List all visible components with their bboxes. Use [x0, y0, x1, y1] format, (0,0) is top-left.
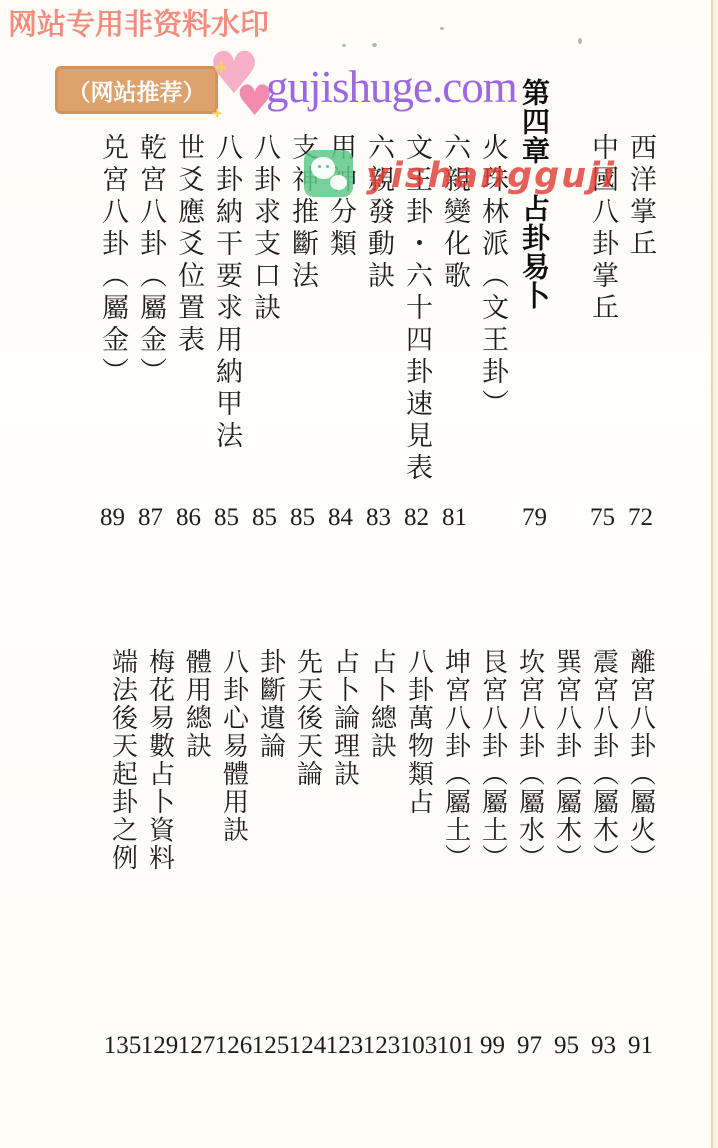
- toc-entry-column: 兑宮八卦（屬金）89: [99, 76, 126, 530]
- toc-entry-column: 巽宮八卦（屬木）95: [553, 648, 580, 1058]
- page-edge-line: [711, 0, 713, 1148]
- corner-watermark-text: 网站专用非资料水印: [8, 2, 269, 43]
- toc-entry-page-number: 85: [252, 505, 277, 530]
- toc-entry-page-number: 127: [178, 1033, 216, 1058]
- toc-entry-page-number: 81: [442, 505, 467, 530]
- toc-entry-page-number: 75: [590, 505, 615, 530]
- toc-entry-page-number: 85: [290, 505, 315, 530]
- toc-entry-title: 梅花易數占卜資料: [147, 648, 173, 872]
- scan-speck: [440, 27, 444, 30]
- toc-entry-title: 坤宮八卦（屬土）: [443, 648, 469, 872]
- toc-entry-column: 八卦求支口訣85: [251, 76, 278, 530]
- toc-entry-page-number: 87: [138, 505, 163, 530]
- toc-entry-page-number: 123: [326, 1033, 364, 1058]
- toc-entry-column: 八卦萬物類占103: [405, 648, 432, 1058]
- toc-entry-column: 八卦心易體用訣126: [220, 648, 247, 1058]
- toc-entry-title: 八卦納干要求用納甲法: [213, 133, 240, 453]
- toc-entry-column: 占卜總訣123: [368, 648, 395, 1058]
- toc-entry-column: 八卦納干要求用納甲法85: [213, 76, 240, 530]
- toc-entry-page-number: 91: [628, 1033, 653, 1058]
- toc-entry-column: 世爻應爻位置表86: [175, 76, 202, 530]
- toc-entry-title: 八卦心易體用訣: [221, 648, 247, 844]
- chat-bubble-icon: [311, 157, 335, 179]
- toc-entry-page-number: 126: [215, 1033, 253, 1058]
- toc-entry-page-number: 124: [289, 1033, 327, 1058]
- toc-entry-page-number: 101: [437, 1033, 475, 1058]
- toc-entry-column: 先天後天論124: [294, 648, 321, 1058]
- chat-bubble-eye: [318, 165, 321, 168]
- scan-speck: [372, 43, 377, 47]
- wechat-icon: [304, 150, 353, 197]
- sparkle-icon: [215, 61, 226, 72]
- toc-entry-title: 卦斷遺論: [258, 648, 284, 760]
- toc-entry-title: 艮宮八卦（屬土）: [480, 648, 506, 872]
- toc-entry-title: 體用總訣: [184, 648, 210, 760]
- toc-entry-page-number: 135: [104, 1033, 142, 1058]
- toc-entry-page-number: 89: [100, 505, 125, 530]
- toc-entry-column: 端法後天起卦之例135: [109, 648, 136, 1058]
- toc-entry-column: 六親發動訣83: [365, 76, 392, 530]
- toc-entry-title: 八卦求支口訣: [251, 133, 278, 325]
- toc-entry-title: 坎宮八卦（屬水）: [517, 648, 543, 872]
- toc-entry-page-number: 97: [517, 1033, 542, 1058]
- page-edge-strip: [713, 0, 718, 1148]
- toc-entry-column: 梅花易數占卜資料129: [146, 648, 173, 1058]
- toc-entry-page-number: 93: [591, 1033, 616, 1058]
- toc-entry-page-number: 84: [328, 505, 353, 530]
- toc-bottom-section: 離宮八卦（屬火）91震宮八卦（屬木）93巽宮八卦（屬木）95坎宮八卦（屬水）97…: [109, 648, 654, 1058]
- toc-entry-title: 兑宮八卦（屬金）: [99, 133, 126, 389]
- chapter-heading-column: 第四章 占卦易卜79: [521, 76, 548, 530]
- toc-entry-column: 用神分類84: [327, 76, 354, 530]
- chat-bubble-eye: [326, 165, 329, 168]
- toc-entry-column: 中國八卦掌丘75: [589, 76, 616, 530]
- chat-bubble-icon: [330, 175, 347, 190]
- toc-entry-title: 占卜論理訣: [332, 648, 358, 788]
- toc-entry-column: 艮宮八卦（屬土）99: [479, 648, 506, 1058]
- toc-entry-page-number: 129: [141, 1033, 179, 1058]
- toc-entry-title: 乾宮八卦（屬金）: [137, 133, 164, 389]
- toc-entry-title: 端法後天起卦之例: [110, 648, 136, 872]
- toc-entry-column: 文王卦・六十四卦速見表82: [403, 76, 430, 530]
- toc-entry-page-number: 99: [480, 1033, 505, 1058]
- toc-entry-title: 世爻應爻位置表: [175, 133, 202, 357]
- toc-entry-page-number: 79: [522, 505, 547, 530]
- toc-entry-column: 占卜論理訣123: [331, 648, 358, 1058]
- toc-entry-title: 西洋掌丘: [627, 133, 654, 261]
- toc-entry-page-number: 82: [404, 505, 429, 530]
- toc-entry-title: 離宮八卦（屬火）: [628, 648, 654, 872]
- toc-entry-column: 六親變化歌81: [441, 76, 468, 530]
- toc-entry-column: 體用總訣127: [183, 648, 210, 1058]
- toc-entry-page-number: 123: [363, 1033, 401, 1058]
- toc-entry-page-number: 95: [554, 1033, 579, 1058]
- toc-entry-title: 占卜總訣: [369, 648, 395, 760]
- toc-entry-title: 先天後天論: [295, 648, 321, 788]
- toc-entry-column: 坤宮八卦（屬土）101: [442, 648, 469, 1058]
- toc-entry-page-number: 72: [628, 505, 653, 530]
- toc-entry-column: 卦斷遺論125: [257, 648, 284, 1058]
- toc-entry-page-number: 85: [214, 505, 239, 530]
- toc-entry-page-number: 125: [252, 1033, 290, 1058]
- scanned-book-page: { "page": { "background": "#fdfbf6", "ed…: [0, 0, 718, 1148]
- toc-entry-page-number: 103: [400, 1033, 438, 1058]
- toc-entry-column: 火珠林派（文王卦）: [479, 76, 506, 530]
- toc-entry-column: 西洋掌丘72: [627, 76, 654, 530]
- toc-entry-page-number: 86: [176, 505, 201, 530]
- toc-entry-column: 乾宮八卦（屬金）87: [137, 76, 164, 530]
- toc-entry-page-number: 83: [366, 505, 391, 530]
- toc-top-section: 西洋掌丘72中國八卦掌丘75第四章 占卦易卜79火珠林派（文王卦）六親變化歌81…: [99, 76, 654, 530]
- toc-entry-title: 震宮八卦（屬木）: [591, 648, 617, 872]
- toc-entry-title: 巽宮八卦（屬木）: [554, 648, 580, 872]
- scan-speck: [578, 38, 582, 44]
- overlay-watermark-text: yishangguji: [366, 156, 616, 196]
- toc-entry-title: 八卦萬物類占: [406, 648, 432, 816]
- scan-speck: [342, 44, 346, 47]
- toc-entry-column: 支神推斷法85: [289, 76, 316, 530]
- toc-entry-column: 坎宮八卦（屬水）97: [516, 648, 543, 1058]
- toc-entry-column: 震宮八卦（屬木）93: [590, 648, 617, 1058]
- toc-entry-column: 離宮八卦（屬火）91: [627, 648, 654, 1058]
